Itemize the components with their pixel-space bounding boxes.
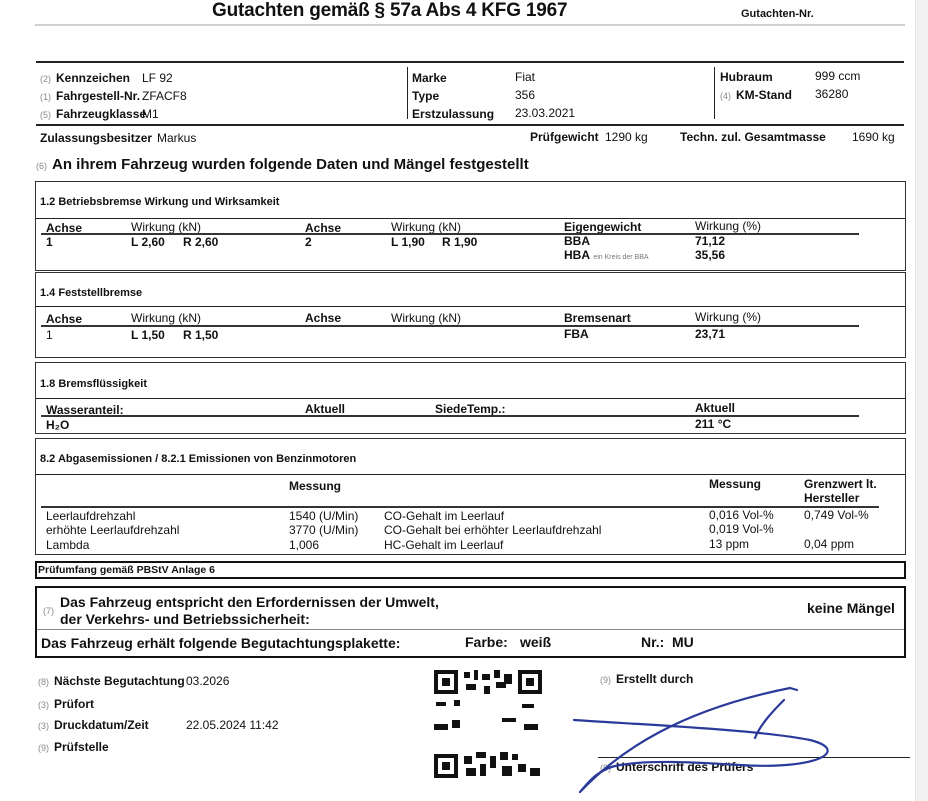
axle-1-right: R 2,60 xyxy=(183,235,218,249)
hubraum-value: 999 ccm xyxy=(815,69,860,83)
bba-value: 71,12 xyxy=(695,234,725,248)
divider xyxy=(714,67,715,119)
col-wirkung: Wirkung (kN) xyxy=(131,220,201,234)
gesamtmasse-value: 1690 kg xyxy=(852,130,895,144)
col-wirkung: Wirkung (kN) xyxy=(131,311,201,325)
col-bremsenart: Bremsenart xyxy=(564,311,631,325)
divider xyxy=(36,124,904,126)
col-grenzwert: Grenzwert lt. xyxy=(804,477,877,491)
fahrzeugklasse-value: M1 xyxy=(142,107,159,121)
zulassungsbesitzer-value: Markus xyxy=(157,131,196,145)
axle-2-left: L 1,90 xyxy=(391,235,425,249)
pruefgewicht-label: Prüfgewicht xyxy=(530,130,599,144)
type-value: 356 xyxy=(515,88,535,102)
signature-icon xyxy=(560,670,920,800)
bremsfluessigkeit-title: 1.8 Bremsflüssigkeit xyxy=(40,378,147,390)
pruefstelle-row: (9)Prüfstelle xyxy=(38,740,109,754)
naechste-begutachtung-row: (8)Nächste Begutachtung03.2026 xyxy=(38,674,229,688)
document-title: Gutachten gemäß § 57a Abs 4 KFG 1967 xyxy=(212,0,567,22)
km-stand-row: (4)KM-Stand xyxy=(720,88,792,102)
divider xyxy=(36,474,905,475)
divider xyxy=(36,218,905,219)
col-aktuell-2: Aktuell xyxy=(695,401,735,415)
fahrgestell-row: (1)Fahrgestell-Nr.ZFACF8 xyxy=(40,89,187,103)
gesamtmasse-label: Techn. zul. Gesamtmasse xyxy=(680,130,826,144)
col-messung-2: Messung xyxy=(709,477,761,491)
col-grenzwert-2: Hersteller xyxy=(804,491,859,505)
col-messung: Messung xyxy=(289,479,341,493)
axle-2-right: R 1,90 xyxy=(442,235,477,249)
col-achse: Achse xyxy=(46,312,82,326)
divider xyxy=(37,629,904,630)
axle-2-number: 2 xyxy=(305,235,312,249)
gutachten-nr-label: Gutachten-Nr. xyxy=(741,8,814,20)
farbe-value: weiß xyxy=(520,634,551,650)
col-wirkung-pct: Wirkung (%) xyxy=(695,219,761,233)
fahrzeugklasse-row: (5)FahrzeugklasseM1 xyxy=(40,107,159,121)
druckdatum-row: (3)Druckdatum/Zeit22.05.2024 11:42 xyxy=(38,718,279,732)
farbe-label: Farbe: xyxy=(465,634,508,650)
col-achse-2: Achse xyxy=(305,311,341,325)
betriebsbremse-title: 1.2 Betriebsbremse Wirkung und Wirksamke… xyxy=(40,196,279,208)
nr-value: MU xyxy=(672,634,694,650)
hba-row: HBA ein Kreis der BBA xyxy=(564,248,649,262)
axle-1-right: R 1,50 xyxy=(183,328,218,342)
divider xyxy=(36,61,904,63)
erstzulassung-value: 23.03.2021 xyxy=(515,106,575,120)
divider xyxy=(36,306,905,307)
pruefort-row: (3)Prüfort xyxy=(38,697,94,711)
zulassungsbesitzer-label: Zulassungsbesitzer xyxy=(40,131,152,145)
bremsenart-value: FBA xyxy=(564,327,589,341)
siedetemp-value: 211 °C xyxy=(695,417,731,431)
naechste-value: 03.2026 xyxy=(186,674,229,688)
hubraum-label: Hubraum xyxy=(720,70,773,84)
col-wirkung-2: Wirkung (kN) xyxy=(391,311,461,325)
fahrgestell-value: ZFACF8 xyxy=(142,89,187,103)
marke-label: Marke xyxy=(412,71,447,85)
divider xyxy=(407,67,408,119)
result-line-1: Das Fahrzeug entspricht den Erforderniss… xyxy=(60,594,439,610)
col-eigengewicht: Eigengewicht xyxy=(564,220,641,234)
h2o-label: H₂O xyxy=(46,418,69,432)
nr-label: Nr.: xyxy=(641,634,664,650)
col-wirkung-2: Wirkung (kN) xyxy=(391,220,461,234)
km-stand-value: 36280 xyxy=(815,87,848,101)
pruefgewicht-value: 1290 kg xyxy=(605,130,648,144)
header-underline xyxy=(41,325,859,327)
axle-1-left: L 2,60 xyxy=(131,235,165,249)
qr-code-icon xyxy=(432,668,544,780)
erstzulassung-label: Erstzulassung xyxy=(412,107,494,121)
abgas-title: 8.2 Abgasemissionen / 8.2.1 Emissionen v… xyxy=(40,453,356,465)
result-line-2: der Verkehrs- und Betriebssicherheit: xyxy=(60,611,310,627)
kennzeichen-row: (2)KennzeichenLF 92 xyxy=(40,71,173,85)
kennzeichen-value: LF 92 xyxy=(142,71,173,85)
feststellbremse-title: 1.4 Feststellbremse xyxy=(40,287,142,299)
col-siedetemp: SiedeTemp.: xyxy=(435,402,505,416)
findings-heading: (6)An ihrem Fahrzeug wurden folgende Dat… xyxy=(36,156,529,173)
wirkung-pct-value: 23,71 xyxy=(695,327,725,341)
col-aktuell: Aktuell xyxy=(305,402,345,416)
axle-1-number: 1 xyxy=(46,235,53,249)
bba-label: BBA xyxy=(564,234,590,248)
header-divider xyxy=(35,24,905,26)
plakette-label: Das Fahrzeug erhält folgende Begutachtun… xyxy=(41,635,400,651)
divider xyxy=(36,398,905,399)
hba-value: 35,56 xyxy=(695,248,725,262)
axle-1-left: L 1,50 xyxy=(131,328,165,342)
druckdatum-value: 22.05.2024 11:42 xyxy=(186,718,279,732)
marke-value: Fiat xyxy=(515,70,535,84)
axle-1-number: 1 xyxy=(46,328,53,342)
header-underline xyxy=(41,415,859,417)
type-label: Type xyxy=(412,89,439,103)
verdict: keine Mängel xyxy=(807,600,895,616)
pruefumfang-text: Prüfumfang gemäß PBStV Anlage 6 xyxy=(38,564,215,576)
col-wirkung-pct: Wirkung (%) xyxy=(695,310,761,324)
